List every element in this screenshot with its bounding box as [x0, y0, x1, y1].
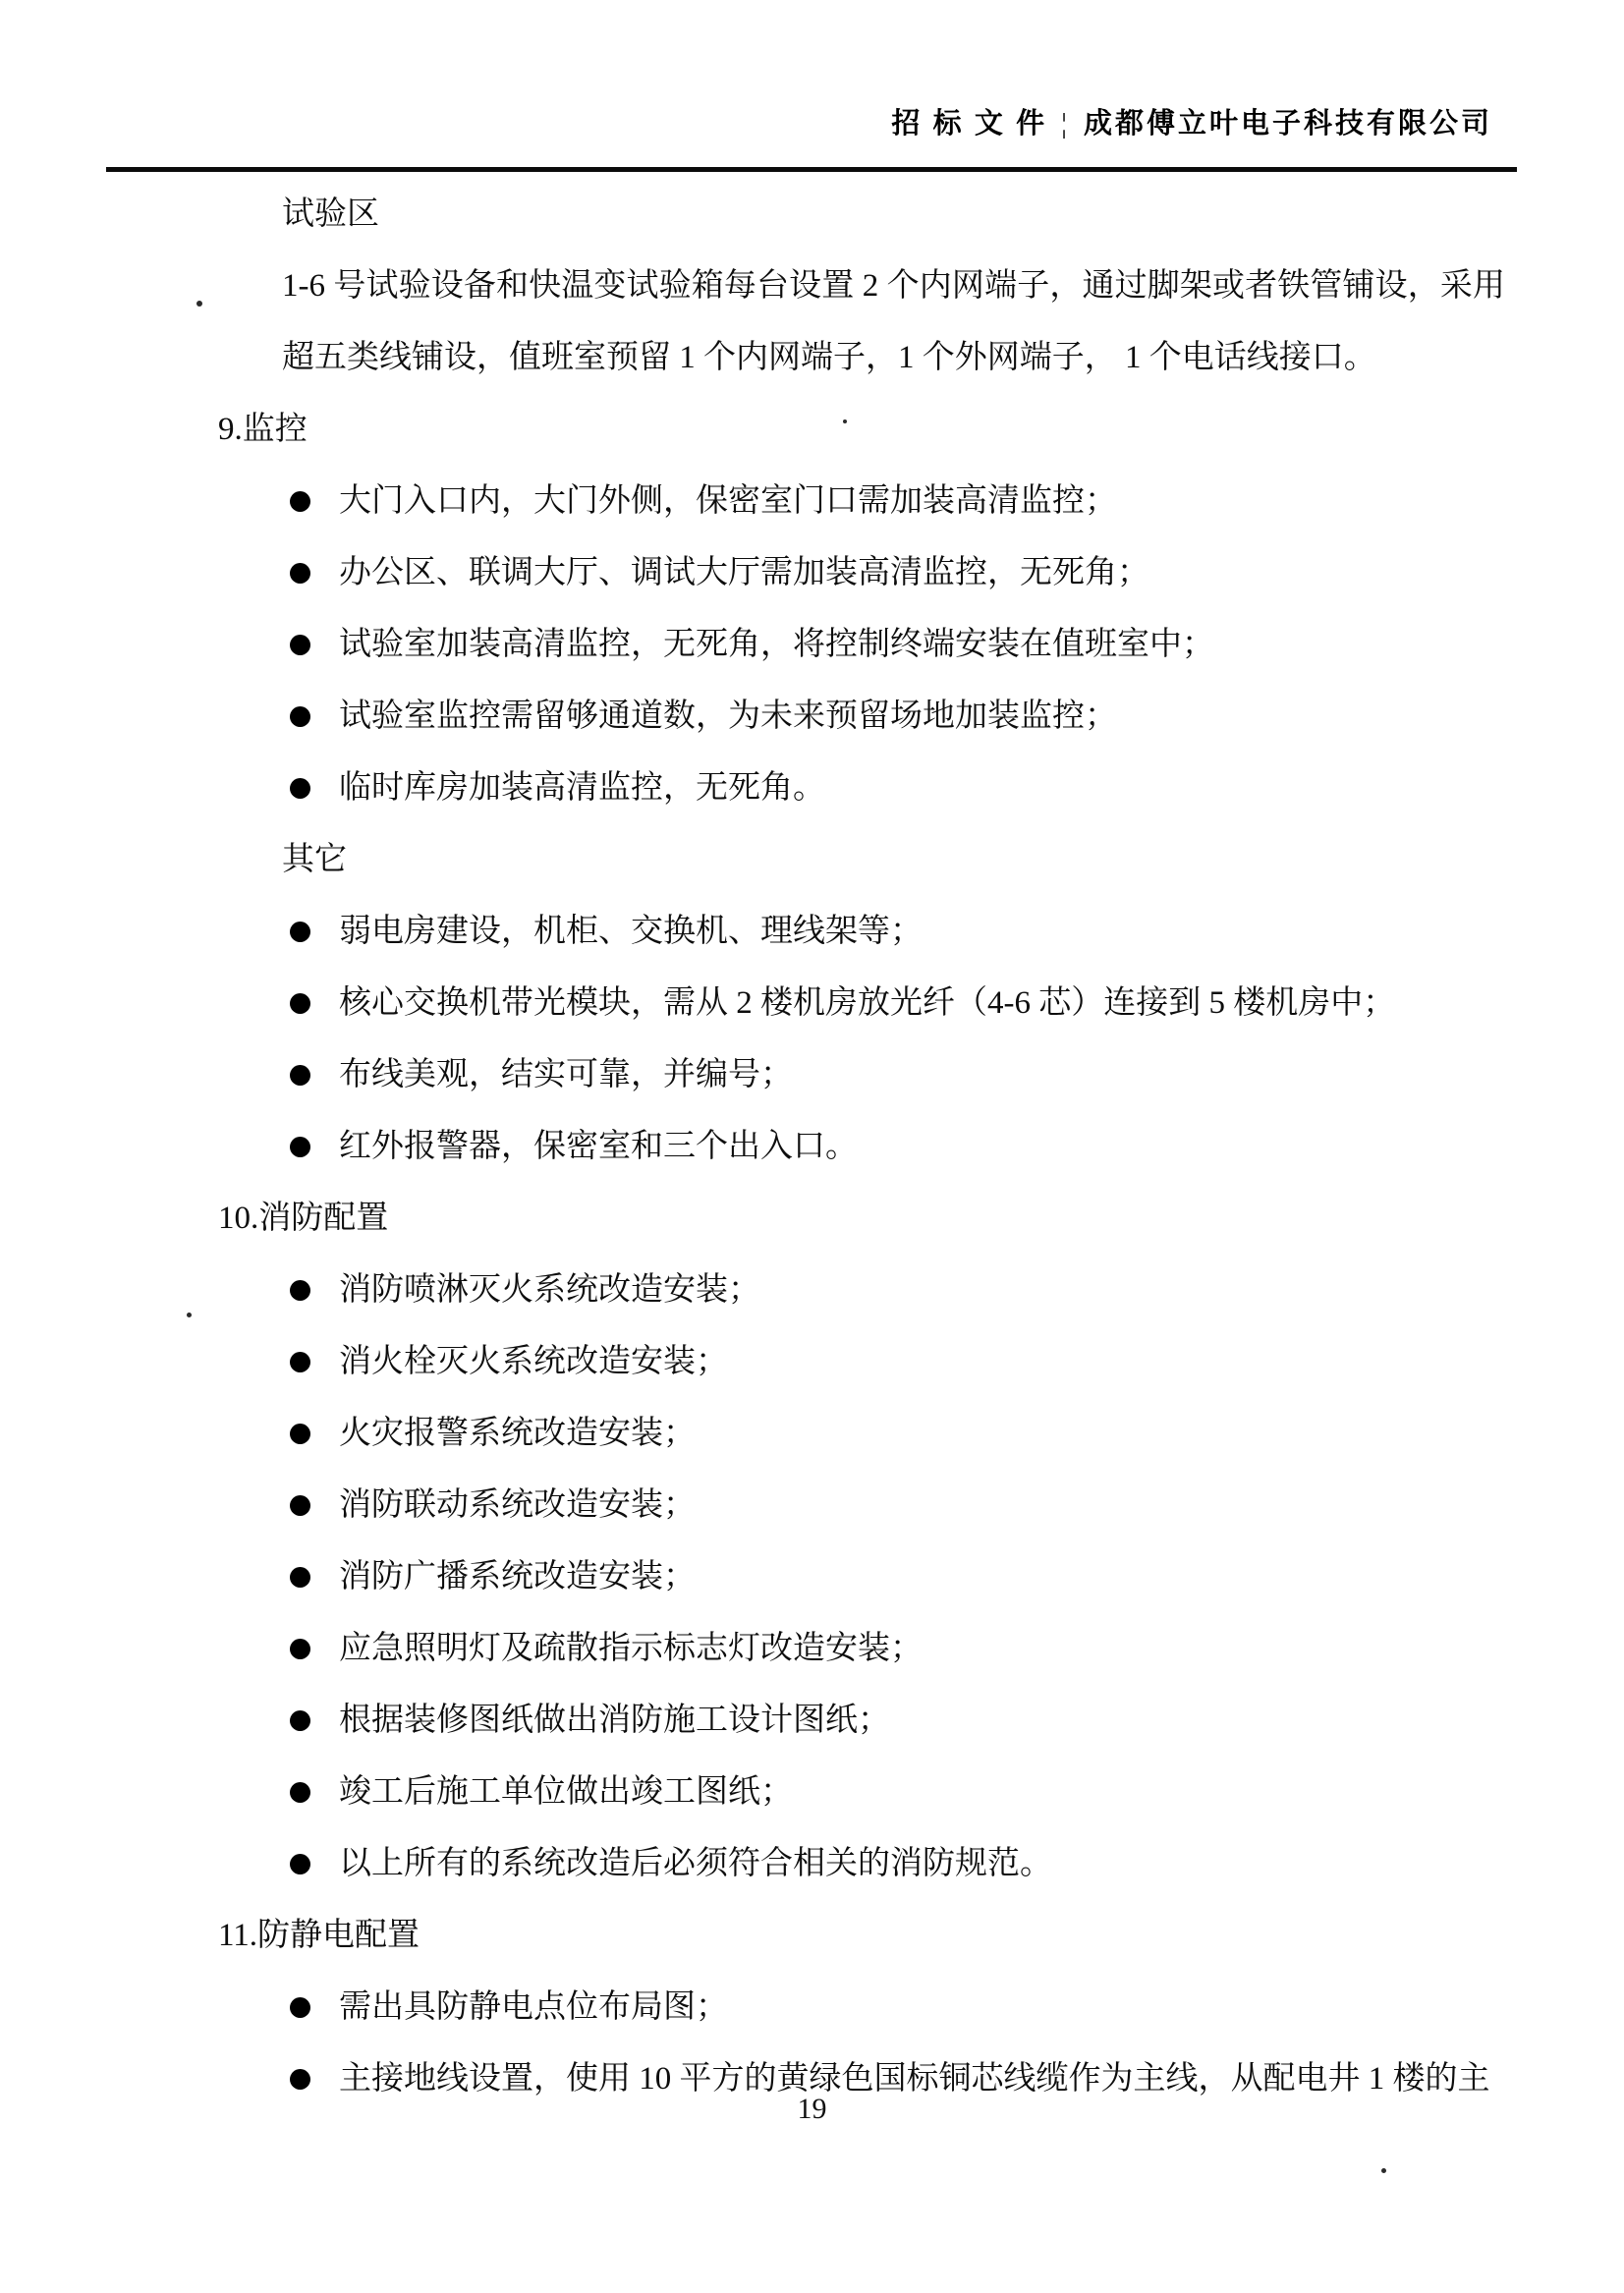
list-item-text: 大门入口内，大门外侧，保密室门口需加装高清监控；: [339, 466, 1117, 537]
list-item-text: 消防广播系统改造安装；: [339, 1541, 696, 1613]
list-item: 临时库房加装高清监控，无死角。: [290, 753, 1624, 824]
list-item: 红外报警器，保密室和三个出入口。: [290, 1111, 1624, 1183]
page-number: 19: [0, 2093, 1624, 2126]
bullet-icon: [290, 635, 310, 655]
list-item-text: 核心交换机带光模块，需从 2 楼机房放光纤（4-6 芯）连接到 5 楼机房中；: [339, 968, 1395, 1039]
scan-artifact: [1381, 2168, 1386, 2173]
list-item: 弱电房建设，机柜、交换机、理线架等；: [290, 896, 1624, 968]
heading-monitoring: 9.监控: [218, 394, 1624, 466]
header-doc-type: 招 标 文 件: [891, 108, 1047, 140]
bullet-icon: [290, 1280, 310, 1301]
scan-artifact: [196, 301, 202, 307]
bullet-icon: [290, 1997, 310, 2018]
bullet-icon: [290, 1065, 310, 1086]
bullet-icon: [290, 1137, 310, 1157]
list-item-text: 临时库房加装高清监控，无死角。: [339, 753, 825, 824]
list-item: 根据装修图纸做出消防施工设计图纸；: [290, 1685, 1624, 1757]
list-item-text: 布线美观，结实可靠，并编号；: [339, 1039, 793, 1111]
list-item: 大门入口内，大门外侧，保密室门口需加装高清监控；: [290, 466, 1624, 537]
list-item-text: 办公区、联调大厅、调试大厅需加装高清监控，无死角；: [339, 537, 1149, 609]
bullet-icon: [290, 491, 310, 512]
list-item: 消防喷淋灭火系统改造安装；: [290, 1255, 1624, 1326]
list-item: 火灾报警系统改造安装；: [290, 1398, 1624, 1470]
list-item-text: 竣工后施工单位做出竣工图纸；: [339, 1757, 793, 1828]
bullet-icon: [290, 1854, 310, 1874]
list-item-text: 消防喷淋灭火系统改造安装；: [339, 1255, 760, 1326]
header-separator: ¦: [1061, 108, 1070, 140]
subheading-test-area: 试验区: [282, 179, 1624, 251]
bullet-icon: [290, 1424, 310, 1444]
list-item: 应急照明灯及疏散指示标志灯改造安装；: [290, 1613, 1624, 1685]
bullet-icon: [290, 1639, 310, 1659]
bullet-icon: [290, 1782, 310, 1803]
paragraph-test-area: 1-6 号试验设备和快温变试验箱每台设置 2 个内网端子，通过脚架或者铁管铺设，…: [282, 251, 1505, 394]
list-item-text: 红外报警器，保密室和三个出入口。: [339, 1111, 858, 1183]
bullet-icon: [290, 1567, 310, 1588]
heading-anti-static: 11.防静电配置: [218, 1900, 1624, 1972]
list-item: 消防广播系统改造安装；: [290, 1541, 1624, 1613]
list-item-text: 试验室加装高清监控，无死角，将控制终端安装在值班室中；: [339, 609, 1214, 681]
scan-artifact: [843, 419, 847, 423]
bullet-icon: [290, 706, 310, 727]
list-item-text: 消火栓灭火系统改造安装；: [339, 1326, 728, 1398]
bullet-icon: [290, 1352, 310, 1372]
list-item-text: 弱电房建设，机柜、交换机、理线架等；: [339, 896, 923, 968]
list-item: 试验室加装高清监控，无死角，将控制终端安装在值班室中；: [290, 609, 1624, 681]
document-page: 招 标 文 件¦成都傅立叶电子科技有限公司 试验区 1-6 号试验设备和快温变试…: [0, 0, 1624, 2293]
list-item-text: 消防联动系统改造安装；: [339, 1470, 696, 1541]
page-header: 招 标 文 件¦成都傅立叶电子科技有限公司: [891, 101, 1492, 141]
bullet-icon: [290, 1710, 310, 1731]
bullet-icon: [290, 2069, 310, 2090]
list-item: 核心交换机带光模块，需从 2 楼机房放光纤（4-6 芯）连接到 5 楼机房中；: [290, 968, 1624, 1039]
list-item-text: 根据装修图纸做出消防施工设计图纸；: [339, 1685, 890, 1757]
list-item: 竣工后施工单位做出竣工图纸；: [290, 1757, 1624, 1828]
list-item-text: 火灾报警系统改造安装；: [339, 1398, 696, 1470]
bullet-icon: [290, 1495, 310, 1516]
list-item-text: 以上所有的系统改造后必须符合相关的消防规范。: [339, 1828, 1052, 1900]
list-item: 需出具防静电点位布局图；: [290, 1972, 1624, 2043]
bullet-icon: [290, 922, 310, 942]
bullet-icon: [290, 778, 310, 799]
scan-artifact: [187, 1313, 192, 1317]
list-item-text: 需出具防静电点位布局图；: [339, 1972, 728, 2043]
header-company: 成都傅立叶电子科技有限公司: [1084, 108, 1492, 140]
list-item: 消火栓灭火系统改造安装；: [290, 1326, 1624, 1398]
list-item: 消防联动系统改造安装；: [290, 1470, 1624, 1541]
header-divider: [106, 167, 1517, 172]
heading-fire-protection: 10.消防配置: [218, 1183, 1624, 1255]
list-item-text: 试验室监控需留够通道数，为未来预留场地加装监控；: [339, 681, 1117, 753]
list-item: 以上所有的系统改造后必须符合相关的消防规范。: [290, 1828, 1624, 1900]
list-item: 布线美观，结实可靠，并编号；: [290, 1039, 1624, 1111]
subheading-others: 其它: [282, 824, 1624, 896]
bullet-icon: [290, 993, 310, 1014]
list-item: 办公区、联调大厅、调试大厅需加装高清监控，无死角；: [290, 537, 1624, 609]
list-item-text: 应急照明灯及疏散指示标志灯改造安装；: [339, 1613, 923, 1685]
bullet-icon: [290, 563, 310, 584]
document-body: 试验区 1-6 号试验设备和快温变试验箱每台设置 2 个内网端子，通过脚架或者铁…: [0, 179, 1624, 2115]
list-item: 试验室监控需留够通道数，为未来预留场地加装监控；: [290, 681, 1624, 753]
